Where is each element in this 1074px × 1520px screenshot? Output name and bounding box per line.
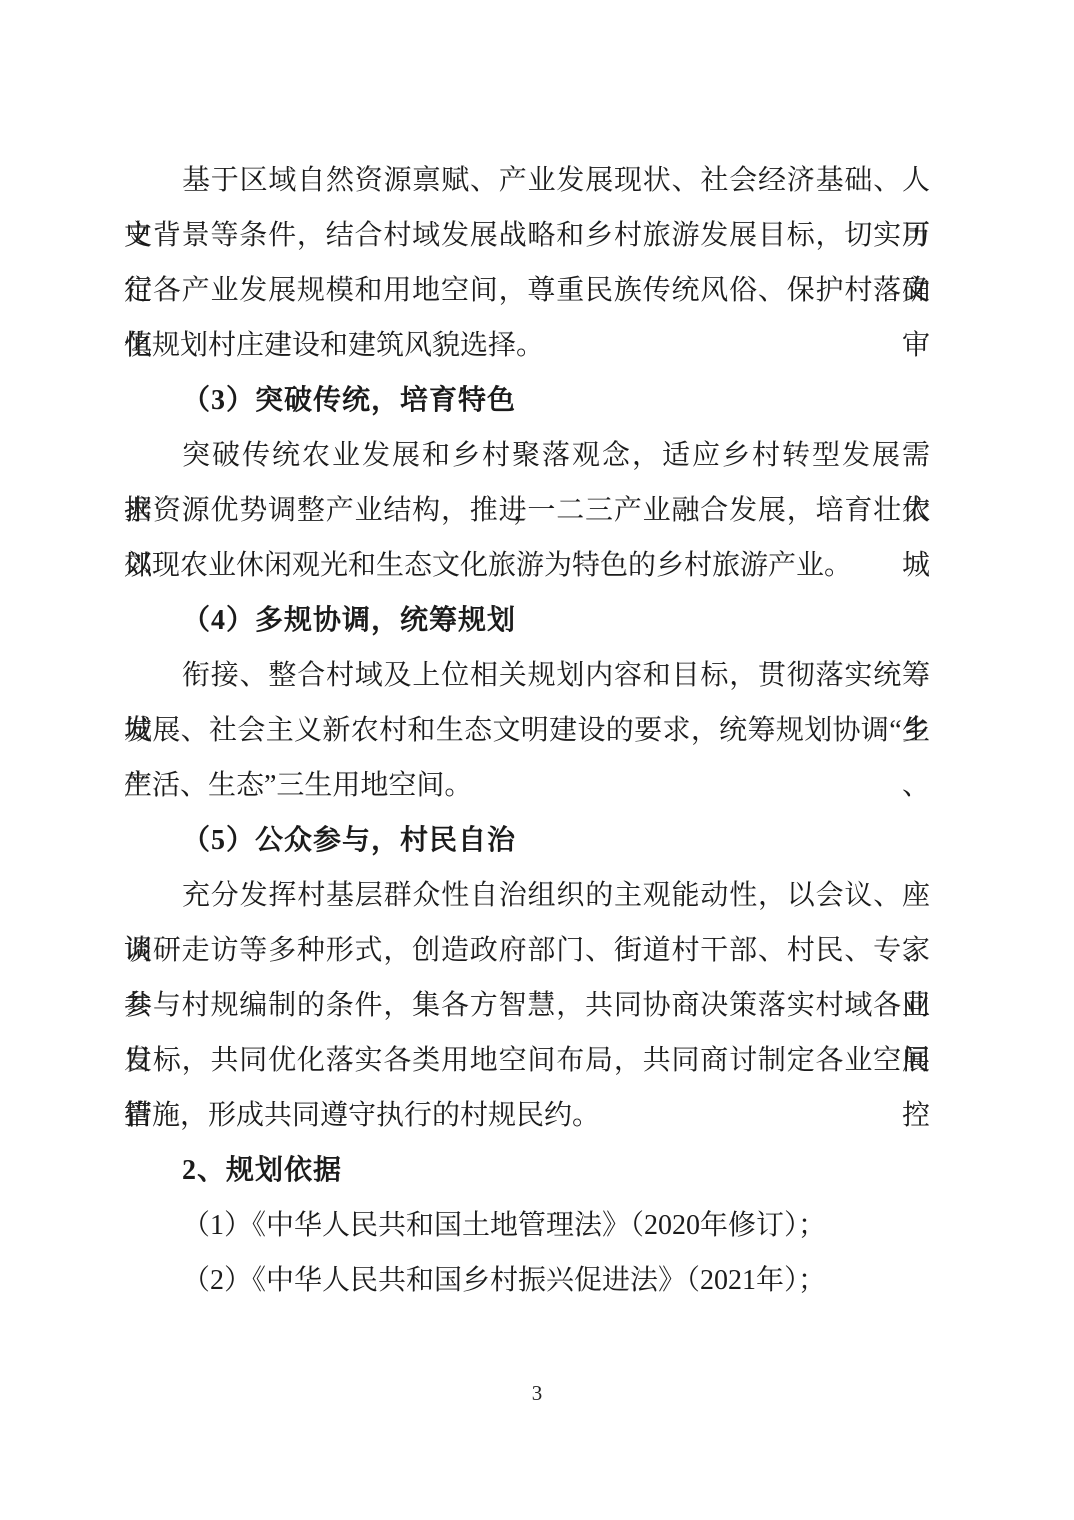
document-page: 基于区域自然资源禀赋、产业发展现状、社会经济基础、人文历史背景等条件，结合村域发… bbox=[0, 0, 1074, 1520]
document-content: 基于区域自然资源禀赋、产业发展现状、社会经济基础、人文历史背景等条件，结合村域发… bbox=[124, 153, 930, 1308]
paragraph-line: 郊现农业休闲观光和生态文化旅游为特色的乡村旅游产业。 bbox=[124, 538, 930, 593]
section-heading: （5）公众参与，村民自治 bbox=[124, 813, 930, 868]
page-number: 3 bbox=[0, 1378, 1074, 1408]
paragraph-line: 参与村规编制的条件，集各方智慧，共同协商决策落实村域各业发展 bbox=[124, 978, 930, 1033]
paragraph-line: 调研走访等多种形式，创造政府部门、街道村干部、村民、专家共同 bbox=[124, 923, 930, 978]
section-heading: 2、规划依据 bbox=[124, 1143, 930, 1198]
paragraph-line: 据资源优势调整产业结构，推进一二三产业融合发展，培育壮大以城 bbox=[124, 483, 930, 538]
paragraph-line: 史背景等条件，结合村域发展战略和乡村旅游发展目标，切实可行确 bbox=[124, 208, 930, 263]
section-heading: （3）突破传统，培育特色 bbox=[124, 373, 930, 428]
paragraph-line: 基于区域自然资源禀赋、产业发展现状、社会经济基础、人文历 bbox=[124, 153, 930, 208]
reference-item: （2）《中华人民共和国乡村振兴促进法》（2021年）； bbox=[124, 1253, 930, 1308]
paragraph-line: 衔接、整合村域及上位相关规划内容和目标，贯彻落实统筹城乡 bbox=[124, 648, 930, 703]
paragraph-line: 目标，共同优化落实各类用地空间布局，共同商讨制定各业空间管控 bbox=[124, 1033, 930, 1088]
section-heading: （4）多规协调，统筹规划 bbox=[124, 593, 930, 648]
paragraph-line: 充分发挥村基层群众性自治组织的主观能动性，以会议、座谈、 bbox=[124, 868, 930, 923]
paragraph-line: 突破传统农业发展和乡村聚落观念，适应乡村转型发展需求，依 bbox=[124, 428, 930, 483]
paragraph-line: 发展、社会主义新农村和生态文明建设的要求，统筹规划协调“生产、 bbox=[124, 703, 930, 758]
paragraph-line: 定各产业发展规模和用地空间，尊重民族传统风俗、保护村落文化审 bbox=[124, 263, 930, 318]
reference-item: （1）《中华人民共和国土地管理法》（2020年修订）； bbox=[124, 1198, 930, 1253]
